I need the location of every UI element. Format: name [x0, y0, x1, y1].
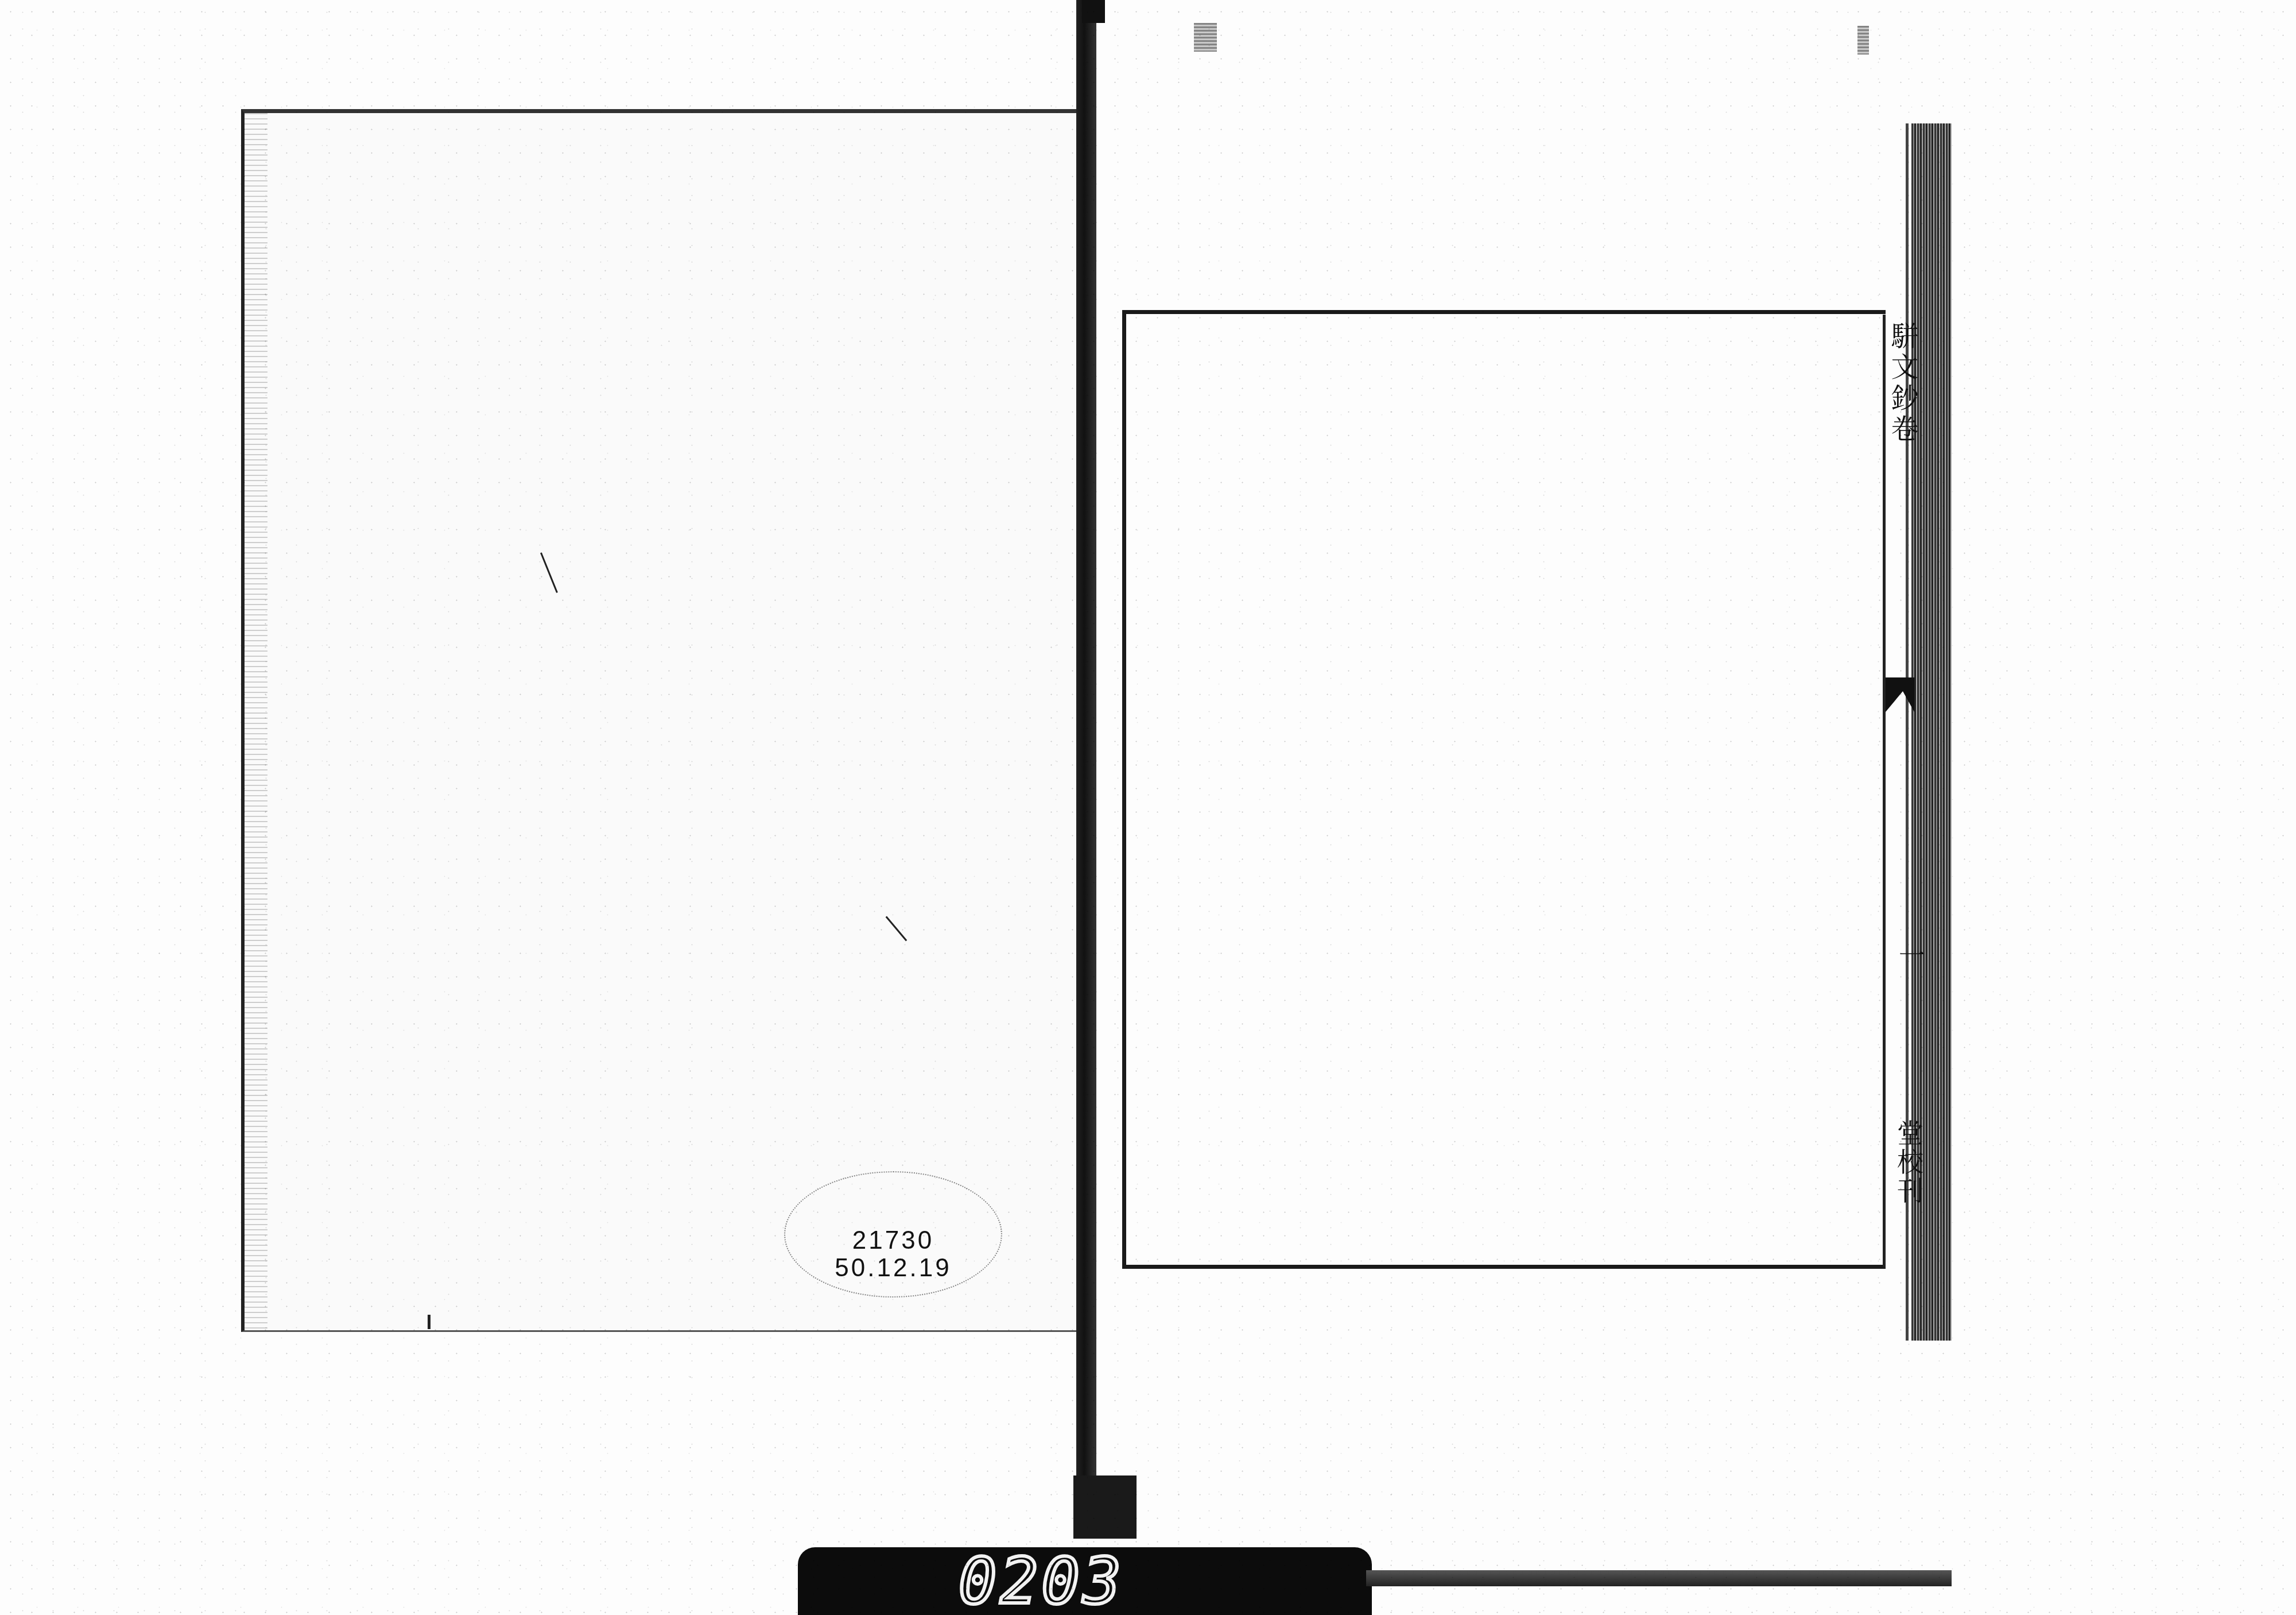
book-gutter: [1076, 0, 1096, 1504]
margin-title: 駢文鈔卷: [1888, 322, 1916, 446]
stamp-accession-number: 21730: [852, 1227, 934, 1254]
gutter-bottom: [1073, 1475, 1137, 1539]
film-strip-bar: [1366, 1570, 1952, 1586]
margin-volume: 一: [1891, 942, 1929, 973]
gutter-top: [1082, 0, 1105, 23]
fold-shadow: [1194, 23, 1217, 52]
frame-inner-rule: [1883, 315, 1886, 1268]
left-page-edge: [245, 113, 267, 1330]
paper-mark: [428, 1315, 430, 1329]
left-page: [241, 109, 1083, 1332]
film-frame-counter: 0203: [959, 1547, 1124, 1615]
fold-shadow: [1857, 26, 1869, 55]
margin-publisher: 堂校刊: [1890, 1120, 1927, 1206]
library-stamp: 21730 50.12.19: [784, 1171, 1002, 1298]
stamp-date: 50.12.19: [835, 1254, 951, 1282]
title-page-frame: [1122, 310, 1886, 1269]
